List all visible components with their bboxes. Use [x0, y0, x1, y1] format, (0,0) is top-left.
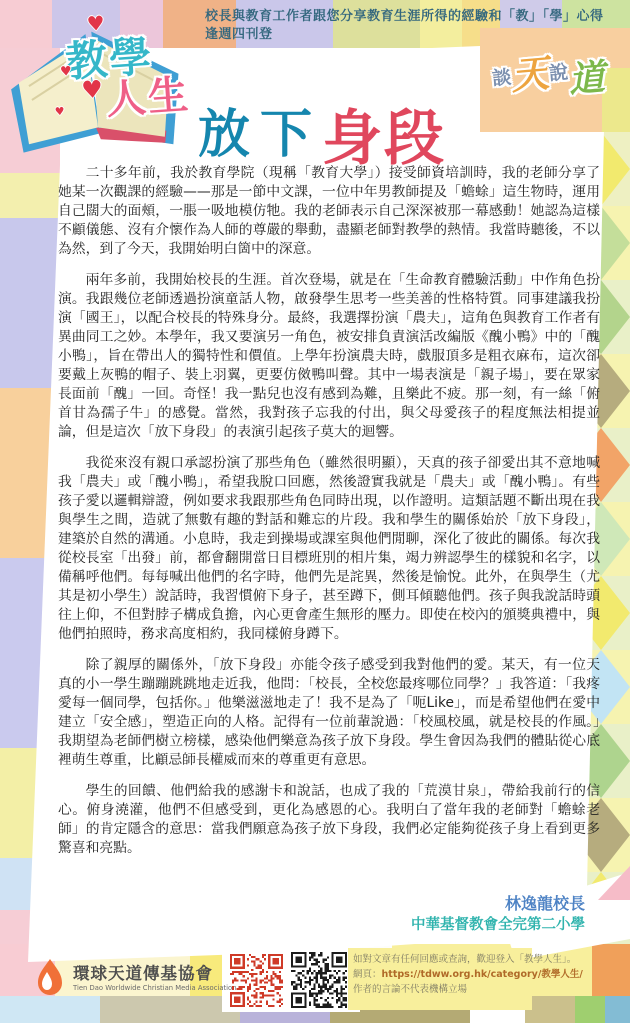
org-name: 環球天道傳基協會: [73, 964, 237, 984]
article-body: 二十多年前，我於教育學院（現稱「教育大學」）接受師資培訓時，我的老師分享了她某一…: [58, 164, 600, 870]
tien-dao-flame-icon: [35, 958, 65, 998]
org-text-block: 環球天道傳基協會 Tien Dao Worldwide Christian Me…: [73, 964, 237, 993]
title-part-1: 放下: [198, 105, 322, 165]
qr-code-red: [230, 954, 283, 1007]
note-url-label: 網頁：: [353, 969, 382, 980]
header-tagline: 校長與教育工作者跟您分享教育生涯所得的經驗和「教」「學」心得 逢週四刊登: [205, 8, 623, 44]
teaching-life-logo: 教學 人生 ♥ ♥ ♥ ♥: [5, 11, 231, 186]
article-paragraph: 二十多年前，我於教育學院（現稱「教育大學」）接受師資培訓時，我的老師分享了她某一…: [58, 164, 600, 259]
badge-char-1: 談: [491, 66, 512, 90]
heart-icon: ♥: [54, 106, 65, 118]
heart-icon: ♥: [81, 77, 104, 102]
footer-organization: 環球天道傳基協會 Tien Dao Worldwide Christian Me…: [35, 958, 237, 998]
article-paragraph: 學生的回饋、他們給我的感謝卡和說話，也成了我的「荒漠甘泉」，帶給我前行的信心。俯…: [58, 782, 600, 858]
org-name-english: Tien Dao Worldwide Christian Media Assoc…: [73, 984, 237, 993]
logo-word-life: 人生: [105, 75, 192, 121]
qr-code-black: [291, 952, 347, 1008]
author-school: 中華基督教會全完第二小學: [411, 915, 585, 935]
article-title: 放下身段: [198, 84, 446, 170]
footer-note: 如對文章有任何回應或查詢，歡迎登入「教學人生」。 網頁：https://tdww…: [353, 952, 601, 997]
column-badge: 談天說道: [489, 37, 606, 110]
author-name: 林逸龍校長: [411, 893, 585, 915]
article-paragraph: 兩年多前，我開始校長的生涯。首次登場，就是在「生命教育體驗活動」中作角色扮演。我…: [58, 271, 600, 442]
signature-block: 林逸龍校長 中華基督教會全完第二小學: [411, 893, 585, 935]
note-line1: 如對文章有任何回應或查詢，歡迎登入「教學人生」。: [353, 952, 601, 967]
badge-char-4: 道: [567, 57, 606, 101]
article-paragraph: 除了親厚的關係外，「放下身段」亦能令孩子感受到我對他們的愛。某天，有一位天真的小…: [58, 656, 600, 770]
note-line2: 網頁：https://tdww.org.hk/category/教學人生/: [353, 967, 601, 982]
flyer-page: 校長與教育工作者跟您分享教育生涯所得的經驗和「教」「學」心得 逢週四刊登 教學 …: [0, 0, 630, 1023]
badge-char-2: 天: [509, 51, 551, 98]
badge-char-3: 說: [548, 61, 569, 85]
heart-icon: ♥: [86, 13, 105, 34]
article-paragraph: 我從來沒有親口承認扮演了那些角色（雖然很明顯），天真的孩子卻愛出其不意地喊我「農…: [58, 454, 600, 644]
note-line3: 作者的言論不代表機構立場: [353, 982, 601, 997]
note-url-link[interactable]: https://tdww.org.hk/category/教學人生/: [382, 969, 583, 980]
heart-icon: ♥: [60, 65, 73, 79]
tagline-line1: 校長與教育工作者跟您分享教育生涯所得的經驗和「教」「學」心得: [205, 8, 623, 26]
